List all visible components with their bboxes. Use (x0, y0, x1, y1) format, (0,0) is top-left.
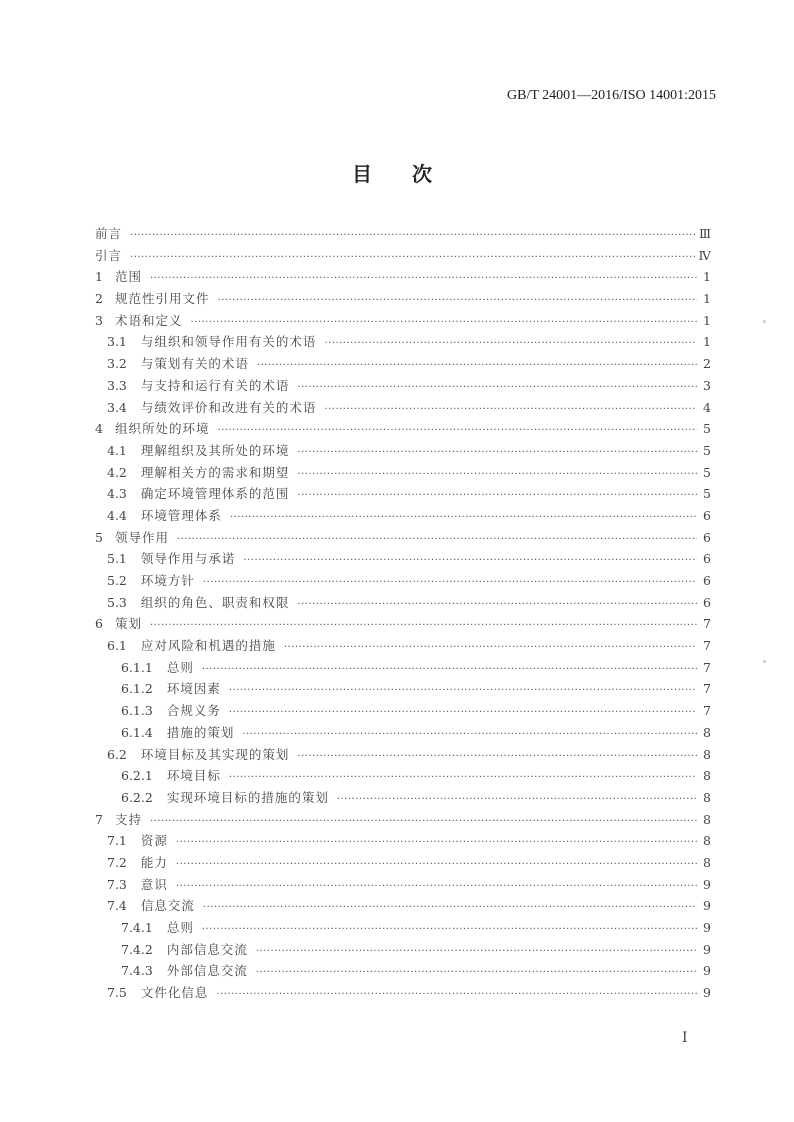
dot-leader (202, 924, 697, 935)
toc-entry-number: 3.1 (107, 334, 127, 349)
toc-entry[interactable]: 3.2与策划有关的术语2 (95, 354, 711, 376)
dot-leader (229, 707, 697, 718)
toc-entry-page: 8 (701, 855, 711, 870)
toc-entry[interactable]: 3术语和定义1 (95, 311, 711, 333)
toc-entry-number: 7 (95, 812, 103, 827)
toc-entry-label: 资源 (141, 831, 168, 849)
toc-entry-label: 能力 (141, 853, 168, 871)
toc-entry-label: 应对风险和机遇的措施 (141, 636, 276, 654)
toc-entry-number: 3.2 (107, 356, 127, 371)
toc-entry[interactable]: 6.2.2实现环境目标的措施的策划8 (95, 788, 711, 810)
toc-entry-page: 2 (701, 356, 711, 371)
toc-entry-page: 5 (701, 421, 711, 436)
dot-leader (242, 729, 697, 740)
toc-entry-number: 6.1.4 (121, 725, 153, 740)
toc-entry-page: 1 (701, 291, 711, 306)
toc-entry-number: 3.4 (107, 400, 127, 415)
toc-entry[interactable]: 6.1.2环境因素7 (95, 679, 711, 701)
toc-entry-label: 合规义务 (167, 701, 221, 719)
toc-entry-page: 7 (701, 703, 711, 718)
toc-entry-number: 7.4.3 (121, 963, 153, 978)
toc-entry-label: 规范性引用文件 (115, 289, 210, 307)
dot-leader (243, 555, 697, 566)
toc-entry[interactable]: 7.3意识9 (95, 875, 711, 897)
toc-entry-label: 内部信息交流 (167, 940, 248, 958)
toc-entry[interactable]: 7.5文件化信息9 (95, 983, 711, 1005)
toc-entry[interactable]: 7.4信息交流9 (95, 896, 711, 918)
toc-entry[interactable]: 3.3与支持和运行有关的术语3 (95, 376, 711, 398)
toc-entry-page: 7 (701, 681, 711, 696)
toc-entry-number: 4.1 (107, 443, 127, 458)
toc-entry-number: 4.2 (107, 465, 127, 480)
toc-entry-page: 9 (701, 877, 711, 892)
toc-entry[interactable]: 5.2环境方针6 (95, 571, 711, 593)
toc-entry-page: 5 (701, 486, 711, 501)
toc-entry-label: 引言 (95, 246, 122, 264)
toc-entry-page: 9 (701, 920, 711, 935)
toc-entry-label: 理解相关方的需求和期望 (141, 463, 290, 481)
dot-leader (130, 230, 695, 241)
toc-entry-number: 6.1 (107, 638, 127, 653)
dot-leader (190, 317, 697, 328)
toc-entry-page: 8 (701, 747, 711, 762)
toc-entry-page: 9 (701, 898, 711, 913)
toc-entry-page: 9 (701, 985, 711, 1000)
toc-entry-page: 7 (701, 616, 711, 631)
toc-entry-page: 5 (701, 443, 711, 458)
toc-entry-number: 7.3 (107, 877, 127, 892)
dot-leader (203, 902, 697, 913)
toc-entry-label: 环境方针 (141, 571, 195, 589)
toc-entry[interactable]: 5.1领导作用与承诺6 (95, 549, 711, 571)
toc-entry-number: 3.3 (107, 378, 127, 393)
toc-entry-page: 7 (701, 660, 711, 675)
toc-entry[interactable]: 4.3确定环境管理体系的范围5 (95, 484, 711, 506)
toc-entry-page: 8 (701, 833, 711, 848)
dot-leader (229, 772, 697, 783)
dot-leader (229, 685, 697, 696)
toc-entry-number: 7.1 (107, 833, 127, 848)
toc-entry-number: 6.1.1 (121, 660, 153, 675)
dot-leader (297, 382, 697, 393)
toc-entry-page: 6 (701, 573, 711, 588)
dot-leader (230, 512, 697, 523)
toc-entry-label: 与支持和运行有关的术语 (141, 376, 290, 394)
toc-entry-page: 6 (701, 595, 711, 610)
toc-entry-label: 意识 (141, 875, 168, 893)
toc-entry-number: 7.4.2 (121, 942, 153, 957)
scan-mark (763, 660, 766, 663)
toc-entry[interactable]: 5领导作用6 (95, 528, 711, 550)
toc-entry-number: 7.4.1 (121, 920, 153, 935)
toc-entry-page: 9 (701, 942, 711, 957)
toc-entry-label: 实现环境目标的措施的策划 (167, 788, 329, 806)
toc-entry-number: 6.2.1 (121, 768, 153, 783)
toc-entry-number: 4.3 (107, 486, 127, 501)
toc-entry-label: 策划 (115, 614, 142, 632)
toc-entry[interactable]: 2规范性引用文件1 (95, 289, 711, 311)
toc-entry[interactable]: 4.2理解相关方的需求和期望5 (95, 463, 711, 485)
toc-entry-page: 1 (701, 269, 711, 284)
dot-leader (256, 967, 697, 978)
toc-entry-label: 理解组织及其所处的环境 (141, 441, 290, 459)
toc-entry-label: 环境管理体系 (141, 506, 222, 524)
toc-entry[interactable]: 前言Ⅲ (95, 224, 711, 246)
toc-entry[interactable]: 4组织所处的环境5 (95, 419, 711, 441)
dot-leader (176, 881, 697, 892)
toc-entry-label: 环境目标及其实现的策划 (141, 745, 290, 763)
toc-entry-number: 5.1 (107, 551, 127, 566)
dot-leader (337, 794, 697, 805)
dot-leader (176, 837, 697, 848)
dot-leader (130, 252, 694, 263)
dot-leader (297, 490, 697, 501)
toc-entry-label: 支持 (115, 810, 142, 828)
dot-leader (297, 599, 697, 610)
toc-entry-label: 总则 (167, 658, 194, 676)
dot-leader (217, 425, 697, 436)
toc-entry-number: 2 (95, 291, 103, 306)
toc-entry-number: 6.1.3 (121, 703, 153, 718)
dot-leader (203, 577, 697, 588)
toc-entry-label: 与策划有关的术语 (141, 354, 249, 372)
toc-entry-page: 1 (701, 334, 711, 349)
toc-entry[interactable]: 6.1.4措施的策划8 (95, 723, 711, 745)
table-of-contents: 前言Ⅲ引言Ⅳ1范围12规范性引用文件13术语和定义13.1与组织和领导作用有关的… (95, 224, 711, 1005)
toc-entry-number: 4 (95, 421, 103, 436)
toc-entry[interactable]: 6策划7 (95, 614, 711, 636)
toc-entry-label: 前言 (95, 224, 122, 242)
toc-entry-label: 术语和定义 (115, 311, 183, 329)
toc-entry-label: 范围 (115, 267, 142, 285)
dot-leader (150, 816, 697, 827)
toc-entry[interactable]: 引言Ⅳ (95, 246, 711, 268)
toc-entry-label: 组织的角色、职责和权限 (141, 593, 290, 611)
toc-entry-number: 3 (95, 313, 103, 328)
toc-entry[interactable]: 4.1理解组织及其所处的环境5 (95, 441, 711, 463)
toc-entry-page: 5 (701, 465, 711, 480)
toc-entry[interactable]: 5.3组织的角色、职责和权限6 (95, 593, 711, 615)
footer-page-number: I (682, 1030, 688, 1046)
toc-entry-label: 确定环境管理体系的范围 (141, 484, 290, 502)
toc-entry-number: 7.4 (107, 898, 127, 913)
toc-entry-page: 6 (701, 530, 711, 545)
standard-code-header: GB/T 24001—2016/ISO 14001:2015 (507, 88, 716, 104)
toc-entry[interactable]: 7.4.2内部信息交流9 (95, 940, 711, 962)
dot-leader (257, 360, 697, 371)
toc-entry-number: 6.2 (107, 747, 127, 762)
dot-leader (324, 338, 697, 349)
toc-entry-page: Ⅳ (699, 248, 712, 263)
toc-entry-page: Ⅲ (699, 226, 711, 241)
toc-entry-label: 信息交流 (141, 896, 195, 914)
toc-entry-number: 7.2 (107, 855, 127, 870)
dot-leader (177, 534, 697, 545)
toc-entry-page: 8 (701, 725, 711, 740)
page-title: 目次 (0, 158, 794, 187)
toc-entry-page: 8 (701, 768, 711, 783)
toc-entry[interactable]: 7.2能力8 (95, 853, 711, 875)
toc-entry[interactable]: 7.1资源8 (95, 831, 711, 853)
toc-entry-label: 外部信息交流 (167, 961, 248, 979)
toc-entry-number: 6.2.2 (121, 790, 153, 805)
toc-entry-label: 与组织和领导作用有关的术语 (141, 332, 317, 350)
dot-leader (256, 946, 697, 957)
toc-entry[interactable]: 1范围1 (95, 267, 711, 289)
toc-entry-page: 8 (701, 790, 711, 805)
dot-leader (217, 295, 697, 306)
toc-entry-label: 环境因素 (167, 679, 221, 697)
dot-leader (150, 620, 697, 631)
toc-entry-number: 7.5 (107, 985, 127, 1000)
toc-entry-page: 3 (701, 378, 711, 393)
toc-entry-number: 5.2 (107, 573, 127, 588)
dot-leader (202, 664, 697, 675)
toc-entry-label: 与绩效评价和改进有关的术语 (141, 398, 317, 416)
toc-entry-number: 6.1.2 (121, 681, 153, 696)
dot-leader (284, 642, 697, 653)
toc-entry-number: 1 (95, 269, 103, 284)
toc-entry[interactable]: 3.4与绩效评价和改进有关的术语4 (95, 398, 711, 420)
dot-leader (297, 447, 697, 458)
toc-entry-label: 总则 (167, 918, 194, 936)
toc-entry-number: 5 (95, 530, 103, 545)
toc-entry[interactable]: 6.1应对风险和机遇的措施7 (95, 636, 711, 658)
dot-leader (297, 751, 697, 762)
toc-entry-page: 4 (701, 400, 711, 415)
toc-entry-label: 措施的策划 (167, 723, 235, 741)
toc-entry-number: 5.3 (107, 595, 127, 610)
toc-entry-label: 文件化信息 (141, 983, 209, 1001)
toc-entry-label: 领导作用 (115, 528, 169, 546)
toc-entry-label: 领导作用与承诺 (141, 549, 236, 567)
dot-leader (216, 989, 697, 1000)
dot-leader (150, 273, 697, 284)
toc-entry[interactable]: 7.4.3外部信息交流9 (95, 961, 711, 983)
toc-entry[interactable]: 6.2.1环境目标8 (95, 766, 711, 788)
toc-entry[interactable]: 7.4.1总则9 (95, 918, 711, 940)
toc-entry-page: 9 (701, 963, 711, 978)
toc-entry-number: 6 (95, 616, 103, 631)
toc-entry-label: 环境目标 (167, 766, 221, 784)
toc-entry[interactable]: 3.1与组织和领导作用有关的术语1 (95, 332, 711, 354)
toc-entry-number: 4.4 (107, 508, 127, 523)
toc-entry-page: 8 (701, 812, 711, 827)
toc-entry-label: 组织所处的环境 (115, 419, 210, 437)
toc-entry-page: 6 (701, 508, 711, 523)
scan-mark (763, 320, 766, 323)
dot-leader (297, 469, 697, 480)
toc-entry-page: 1 (701, 313, 711, 328)
toc-entry[interactable]: 6.2环境目标及其实现的策划8 (95, 745, 711, 767)
toc-entry-page: 7 (701, 638, 711, 653)
dot-leader (176, 859, 697, 870)
dot-leader (324, 404, 697, 415)
toc-entry[interactable]: 4.4环境管理体系6 (95, 506, 711, 528)
toc-entry[interactable]: 7支持8 (95, 810, 711, 832)
toc-entry[interactable]: 6.1.3合规义务7 (95, 701, 711, 723)
toc-entry[interactable]: 6.1.1总则7 (95, 658, 711, 680)
toc-entry-page: 6 (701, 551, 711, 566)
